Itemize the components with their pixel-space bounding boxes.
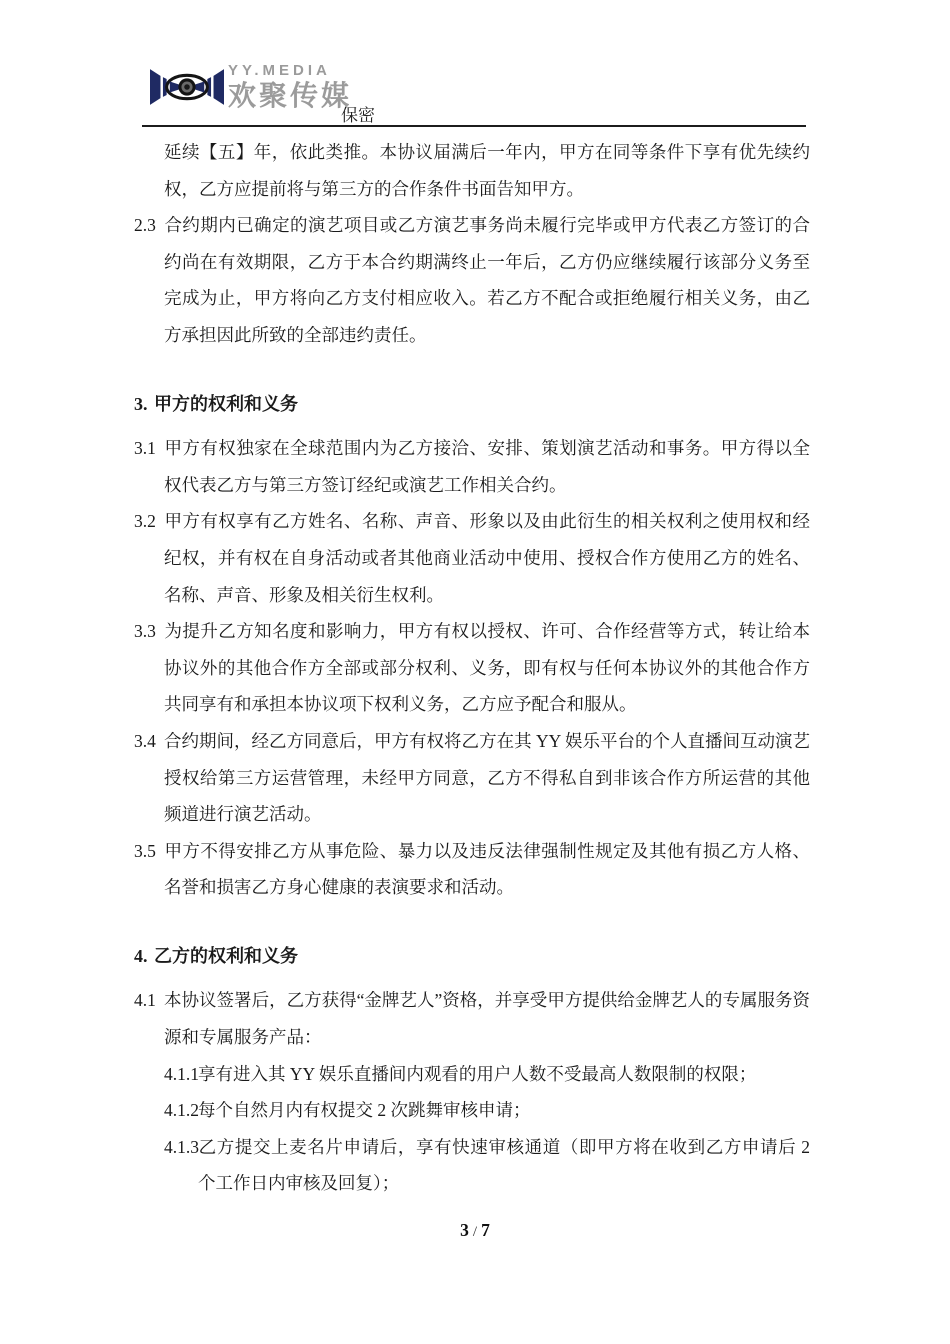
clause-3-1: 3.1甲方有权独家在全球范围内为乙方接洽、安排、策划演艺活动和事务。甲方得以全权… [134, 430, 810, 503]
subclause-text: 每个自然月内有权提交 2 次跳舞审核申请； [198, 1100, 531, 1120]
confidential-label: 保密 [341, 101, 375, 126]
subclause-4-1-1: 4.1.1享有进入其 YY 娱乐直播间内观看的用户人数不受最高人数限制的权限； [134, 1056, 810, 1093]
clause-text: 合约期内已确定的演艺项目或乙方演艺事务尚未履行完毕或甲方代表乙方签订的合约尚在有… [164, 215, 810, 345]
subclause-4-1-2: 4.1.2每个自然月内有权提交 2 次跳舞审核申请； [134, 1092, 810, 1129]
subclause-number: 4.1.3 [164, 1129, 198, 1166]
clause-text: 甲方不得安排乙方从事危险、暴力以及违反法律强制性规定及其他有损乙方人格、名誉和损… [164, 841, 810, 898]
clause-3-5: 3.5甲方不得安排乙方从事危险、暴力以及违反法律强制性规定及其他有损乙方人格、名… [134, 833, 810, 906]
section-heading-3: 3.甲方的权利和义务 [134, 386, 810, 423]
brand-name-en: YY.MEDIA [228, 63, 352, 78]
subclause-number: 4.1.2 [164, 1092, 198, 1129]
clause-4-1: 4.1本协议签署后，乙方获得“金牌艺人”资格，并享受甲方提供给金牌艺人的专属服务… [134, 982, 810, 1055]
clause-text: 合约期间，经乙方同意后，甲方有权将乙方在其 YY 娱乐平台的个人直播间互动演艺授… [164, 731, 810, 824]
brand-name-cn: 欢聚传媒 [228, 82, 352, 110]
clause-2-3: 2.3合约期内已确定的演艺项目或乙方演艺事务尚未履行完毕或甲方代表乙方签订的合约… [134, 207, 810, 353]
document-body: 延续【五】年，依此类推。本协议届满后一年内，甲方在同等条件下享有优先续约权，乙方… [134, 134, 810, 1202]
page-number-total: 7 [481, 1220, 490, 1240]
paragraph-continuation: 延续【五】年，依此类推。本协议届满后一年内，甲方在同等条件下享有优先续约权，乙方… [134, 134, 810, 207]
section-number: 3. [134, 386, 154, 423]
paragraph-text: 延续【五】年，依此类推。本协议届满后一年内，甲方在同等条件下享有优先续约权，乙方… [164, 142, 810, 199]
yy-media-logo-icon [150, 56, 224, 118]
clause-text: 本协议签署后，乙方获得“金牌艺人”资格，并享受甲方提供给金牌艺人的专属服务资源和… [164, 990, 810, 1047]
clause-number: 3.3 [134, 613, 164, 650]
yy-media-logo-text: YY.MEDIA 欢聚传媒 [228, 63, 352, 110]
clause-text: 为提升乙方知名度和影响力，甲方有权以授权、许可、合作经营等方式，转让给本协议外的… [164, 621, 810, 714]
clause-number: 3.4 [134, 723, 164, 760]
section-title: 乙方的权利和义务 [154, 946, 298, 966]
subclause-text: 乙方提交上麦名片申请后，享有快速审核通道（即甲方将在收到乙方申请后 2 个工作日… [198, 1137, 810, 1194]
clause-number: 2.3 [134, 207, 164, 244]
section-heading-4: 4.乙方的权利和义务 [134, 938, 810, 975]
header-divider [142, 125, 806, 127]
clause-3-2: 3.2甲方有权享有乙方姓名、名称、声音、形象以及由此衍生的相关权利之使用权和经纪… [134, 503, 810, 613]
subclause-text: 享有进入其 YY 娱乐直播间内观看的用户人数不受最高人数限制的权限； [198, 1064, 756, 1084]
clause-number: 3.1 [134, 430, 164, 467]
page-number-separator: / [469, 1224, 481, 1240]
clause-number: 3.5 [134, 833, 164, 870]
clause-3-4: 3.4合约期间，经乙方同意后，甲方有权将乙方在其 YY 娱乐平台的个人直播间互动… [134, 723, 810, 833]
subclause-4-1-3: 4.1.3乙方提交上麦名片申请后，享有快速审核通道（即甲方将在收到乙方申请后 2… [134, 1129, 810, 1202]
clause-3-3: 3.3为提升乙方知名度和影响力，甲方有权以授权、许可、合作经营等方式，转让给本协… [134, 613, 810, 723]
clause-number: 4.1 [134, 982, 164, 1019]
clause-number: 3.2 [134, 503, 164, 540]
section-title: 甲方的权利和义务 [154, 394, 298, 414]
page-number-current: 3 [460, 1220, 469, 1240]
section-number: 4. [134, 938, 154, 975]
subclause-number: 4.1.1 [164, 1056, 198, 1093]
document-page: YY.MEDIA 欢聚传媒 保密 延续【五】年，依此类推。本协议届满后一年内，甲… [0, 0, 950, 1344]
clause-text: 甲方有权享有乙方姓名、名称、声音、形象以及由此衍生的相关权利之使用权和经纪权，并… [164, 511, 810, 604]
clause-text: 甲方有权独家在全球范围内为乙方接洽、安排、策划演艺活动和事务。甲方得以全权代表乙… [164, 438, 810, 495]
page-footer: 3/7 [0, 1220, 950, 1241]
